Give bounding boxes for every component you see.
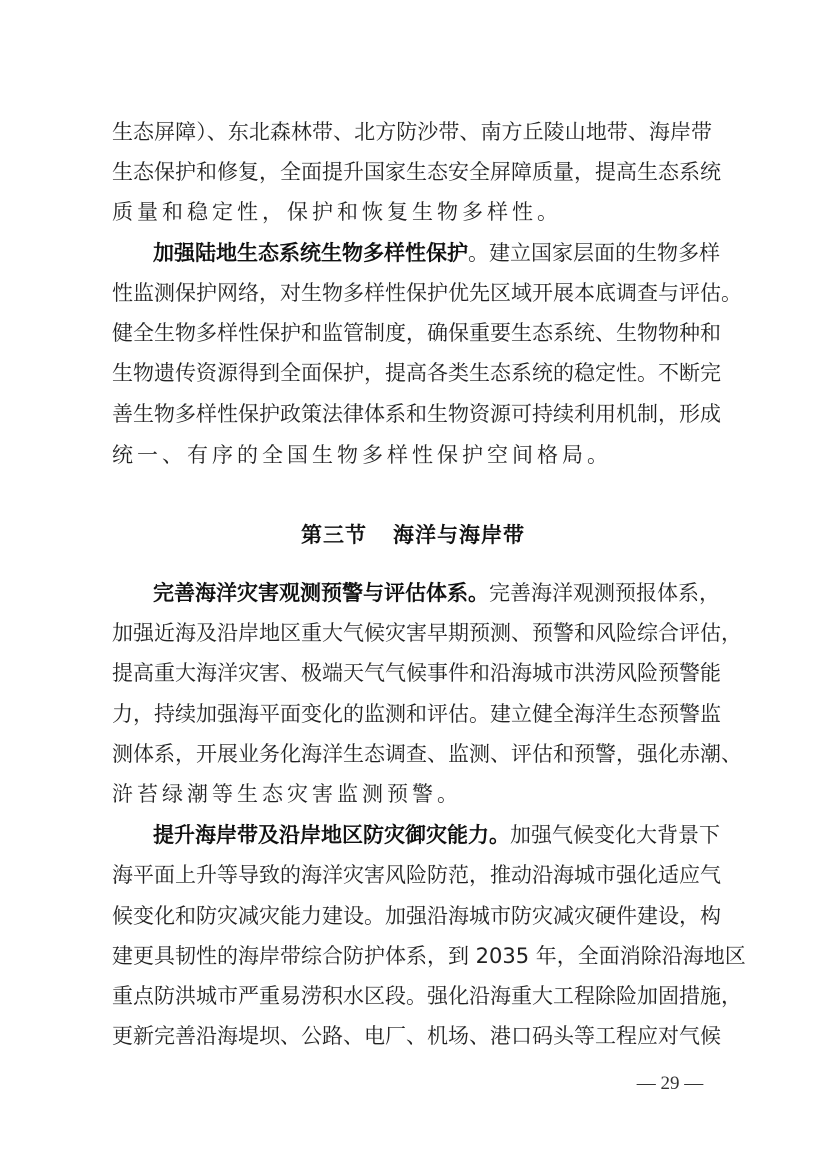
paragraph-line: 测体系，开展业务化海洋生态调查、监测、评估和预警，强化赤潮、 [112,734,712,774]
paragraph-line: 提高重大海洋灾害、极端天气气候事件和沿海城市洪涝风险预警能 [112,653,712,693]
paragraph-line: 更新完善沿海堤坝、公路、电厂、机场、港口码头等工程应对气候 [112,1016,712,1056]
document-page: 生态屏障）、东北森林带、北方防沙带、南方丘陵山地带、海岸带 生态保护和修复，全面… [0,0,826,1169]
paragraph-line: 生态屏障）、东北森林带、北方防沙带、南方丘陵山地带、海岸带 [112,112,712,152]
page-number: — 29 — [620,1072,720,1096]
paragraph-first-line: 加强陆地生态系统生物多样性保护。建立国家层面的生物多样 [153,233,712,273]
paragraph-line: 候变化和防灾减灾能力建设。加强沿海城市防灾减灾硬件建设，构 [112,896,712,936]
paragraph-text: 加强气候变化大背景下 [510,823,720,847]
paragraph-line: 质量和稳定性，保护和恢复生物多样性。 [112,192,712,232]
section-heading: 第三节海洋与海岸带 [0,515,826,555]
paragraph-bold-lead: 加强陆地生态系统生物多样性保护 [153,241,468,265]
paragraph-line: 重点防洪城市严重易涝积水区段。强化沿海重大工程除险加固措施， [112,976,712,1016]
paragraph-line: 统一、有序的全国生物多样性保护空间格局。 [112,435,712,475]
section-title: 海洋与海岸带 [393,523,525,547]
paragraph-line: 浒苔绿潮等生态灾害监测预警。 [112,774,712,814]
paragraph-text: 完善海洋观测预报体系， [489,581,720,605]
paragraph-bold-lead: 提升海岸带及沿岸地区防灾御灾能力。 [153,823,510,847]
paragraph-line: 海平面上升等导致的海洋灾害风险防范，推动沿海城市强化适应气 [112,855,712,895]
section-number: 第三节 [301,523,367,547]
paragraph-bold-lead: 完善海洋灾害观测预警与评估体系。 [153,581,489,605]
paragraph-line: 生物遗传资源得到全面保护，提高各类生态系统的稳定性。不断完 [112,353,712,393]
paragraph-text: 。建立国家层面的生物多样 [468,241,720,265]
paragraph-first-line: 提升海岸带及沿岸地区防灾御灾能力。加强气候变化大背景下 [153,815,712,855]
paragraph-line: 建更具韧性的海岸带综合防护体系，到 2035 年，全面消除沿海地区 [112,936,712,976]
paragraph-line: 生态保护和修复，全面提升国家生态安全屏障质量，提高生态系统 [112,152,712,192]
paragraph-line: 善生物多样性保护政策法律体系和生物资源可持续利用机制，形成 [112,394,712,434]
paragraph-line: 加强近海及沿岸地区重大气候灾害早期预测、预警和风险综合评估， [112,613,712,653]
paragraph-line: 健全生物多样性保护和监管制度，确保重要生态系统、生物物种和 [112,313,712,353]
paragraph-first-line: 完善海洋灾害观测预警与评估体系。完善海洋观测预报体系， [153,573,712,613]
paragraph-line: 性监测保护网络，对生物多样性保护优先区域开展本底调查与评估。 [112,273,712,313]
paragraph-line: 力，持续加强海平面变化的监测和评估。建立健全海洋生态预警监 [112,694,712,734]
